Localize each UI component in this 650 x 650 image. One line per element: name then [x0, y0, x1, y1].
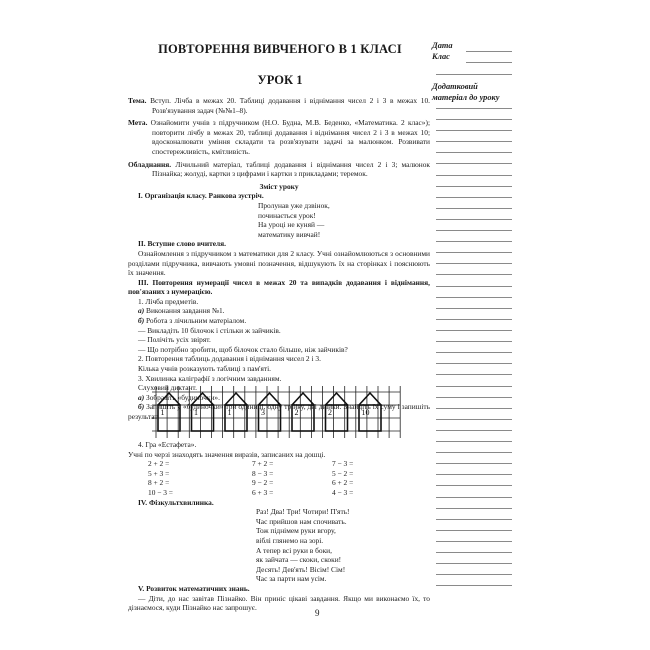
lesson-body: Тема. Вступ. Лічба в межах 20. Таблиці д…: [128, 96, 430, 422]
section-title: ПОВТОРЕННЯ ВИВЧЕНОГО В 1 КЛАСІ: [130, 42, 430, 57]
house-number: 2: [295, 408, 299, 417]
note-line: [436, 541, 512, 542]
poem-line: починається урок!: [258, 211, 430, 221]
poem-line: Час за парти нам усім.: [256, 574, 430, 584]
list-item: 1. Лічба предметів.: [128, 297, 430, 307]
note-line: [436, 319, 512, 320]
topic-text: Вступ. Лічба в межах 20. Таблиці додаван…: [150, 96, 430, 115]
note-line: [436, 363, 512, 364]
house-number: 2: [328, 408, 332, 417]
extra-material-label-2: матеріал до уроку: [432, 93, 514, 102]
expression: 4 − 3 =: [332, 488, 353, 498]
poem-line: математику вивчай!: [258, 230, 430, 240]
expression-row: 2 + 2 =7 + 2 =7 − 3 =: [128, 459, 430, 469]
extra-material-label-1: Додатковий: [432, 82, 514, 91]
note-line: [436, 585, 512, 586]
expression: 7 + 2 =: [252, 459, 332, 469]
note-line: [436, 197, 512, 198]
poem-line: Тож піднімем руки вгору,: [256, 526, 430, 536]
note-line: [436, 263, 512, 264]
note-line: [436, 397, 512, 398]
note-line: [436, 219, 512, 220]
house-number: 1: [161, 408, 165, 417]
goal-text: Ознайомити учнів з підручником (Н.О. Буд…: [151, 118, 430, 156]
expression: 2 + 2 =: [128, 459, 252, 469]
expression: 8 − 3 =: [252, 469, 332, 479]
expression: 8 + 2 =: [128, 478, 252, 488]
poem-line: Раз! Два! Три! Чотири! П'ять!: [256, 507, 430, 517]
note-line: [436, 386, 512, 387]
note-line: [436, 530, 512, 531]
section-5-heading: V. Розвиток математичних знань.: [128, 584, 430, 594]
section-4-heading: IV. Фізкультхвилинка.: [128, 498, 430, 508]
topic-block: Тема. Вступ. Лічба в межах 20. Таблиці д…: [128, 96, 430, 115]
note-line: [436, 463, 512, 464]
equipment-text: Лічильний матеріал, таблиці додавання і …: [152, 160, 430, 179]
calligraphy-grid: 11132210: [150, 384, 402, 440]
poem-line: А тепер всі руки в боки,: [256, 546, 430, 556]
note-line: [436, 119, 512, 120]
house-number: 1: [194, 408, 198, 417]
note-line: [436, 374, 512, 375]
date-label: Дата: [432, 41, 514, 50]
house-number: 1: [228, 408, 232, 417]
expression-row: 5 + 3 =8 − 3 =5 − 2 =: [128, 469, 430, 479]
equipment-block: Обладнання. Лічильний матеріал, таблиці …: [128, 160, 430, 179]
expression-row: 10 − 3 =6 + 3 =4 − 3 =: [128, 488, 430, 498]
goal-label: Мета.: [128, 118, 147, 127]
list-item: Кілька учнів розказують таблиці з пам'ят…: [128, 364, 430, 374]
note-line: [436, 186, 512, 187]
section-1-heading: I. Організація класу. Ранкова зустріч.: [128, 191, 430, 201]
list-item: а) Виконання завдання №1.: [128, 306, 430, 316]
note-line: [436, 430, 512, 431]
class-line: [466, 62, 512, 63]
poem-line: На уроці не куняй —: [258, 220, 430, 230]
house-number: 10: [362, 408, 370, 417]
expression-row: 8 + 2 =9 − 2 =6 + 2 =: [128, 478, 430, 488]
note-line: [436, 241, 512, 242]
note-line: [436, 297, 512, 298]
note-line: [436, 574, 512, 575]
poem-line: Десять! Дев'ять! Вісім! Сім!: [256, 565, 430, 575]
note-line: [436, 441, 512, 442]
class-label: Клас: [432, 52, 514, 61]
note-line: [436, 274, 512, 275]
page-number: 9: [315, 608, 320, 618]
note-line: [436, 519, 512, 520]
note-line: [436, 175, 512, 176]
lesson-body-continued: 4. Гра «Естафета». Учні по черзі знаходя…: [128, 440, 430, 613]
list-item: 3. Хвилинка каліграфії з логічним завдан…: [128, 374, 430, 384]
expression: 5 + 3 =: [128, 469, 252, 479]
note-line: [436, 508, 512, 509]
expression: 6 + 3 =: [252, 488, 332, 498]
note-line: [436, 419, 512, 420]
topic-label: Тема.: [128, 96, 146, 105]
note-line: [436, 341, 512, 342]
expression: 10 − 3 =: [128, 488, 252, 498]
expression: 7 − 3 =: [332, 459, 353, 469]
sidebar-line: [436, 74, 512, 75]
poem-line: Час прийшов нам спочивать.: [256, 517, 430, 527]
note-line: [436, 152, 512, 153]
note-line: [436, 130, 512, 131]
note-line: [436, 408, 512, 409]
expression: 6 + 2 =: [332, 478, 353, 488]
note-line: [436, 141, 512, 142]
section-2-text: Ознайомлення з підручником з математики …: [128, 249, 430, 278]
expression: 9 − 2 =: [252, 478, 332, 488]
note-line: [436, 163, 512, 164]
equipment-label: Обладнання.: [128, 160, 171, 169]
note-line: [436, 308, 512, 309]
game-text: Учні по черзі знаходять значення виразів…: [128, 450, 430, 460]
note-line: [436, 108, 512, 109]
list-item: — Полічіть усіх звірят.: [128, 335, 430, 345]
poem-line: Пролунав уже дзвінок,: [258, 201, 430, 211]
house-number: 3: [261, 408, 265, 417]
goal-block: Мета. Ознайомити учнів з підручником (Н.…: [128, 118, 430, 156]
list-item: — Викладіть 10 білочок і стільки ж зайчи…: [128, 326, 430, 336]
poem-line: як зайчата — скоки, скоки!: [256, 555, 430, 565]
note-line: [436, 563, 512, 564]
exercise-poem: Раз! Два! Три! Чотири! П'ять!Час прийшов…: [128, 507, 430, 584]
note-line: [436, 485, 512, 486]
game-heading: 4. Гра «Естафета».: [128, 440, 430, 450]
list-item: — Що потрібно зробити, щоб білочок стало…: [128, 345, 430, 355]
list-item: б) Робота з лічильним матеріалом.: [128, 316, 430, 326]
note-line: [436, 552, 512, 553]
section-5-text: — Діти, до нас завітав Пізнайко. Він при…: [128, 594, 430, 613]
note-line: [436, 286, 512, 287]
note-line: [436, 352, 512, 353]
note-line: [436, 230, 512, 231]
expression: 5 − 2 =: [332, 469, 353, 479]
note-line: [436, 330, 512, 331]
poem-line: віблі глянемо на зорі.: [256, 536, 430, 546]
greeting-poem: Пролунав уже дзвінок,починається урок!На…: [128, 201, 430, 239]
list-item: 2. Повторення таблиць додавання і віднім…: [128, 354, 430, 364]
note-line: [436, 497, 512, 498]
note-line: [436, 474, 512, 475]
contents-heading: Зміст уроку: [128, 182, 430, 192]
section-2-heading: II. Вступне слово вчителя.: [128, 239, 430, 249]
note-line: [436, 252, 512, 253]
section-3-heading: III. Повторення нумерації чисел в межах …: [128, 278, 430, 297]
lesson-title: УРОК 1: [130, 73, 430, 88]
note-line: [436, 208, 512, 209]
note-line: [436, 452, 512, 453]
expression-table: 2 + 2 =7 + 2 =7 − 3 =5 + 3 =8 − 3 =5 − 2…: [128, 459, 430, 497]
